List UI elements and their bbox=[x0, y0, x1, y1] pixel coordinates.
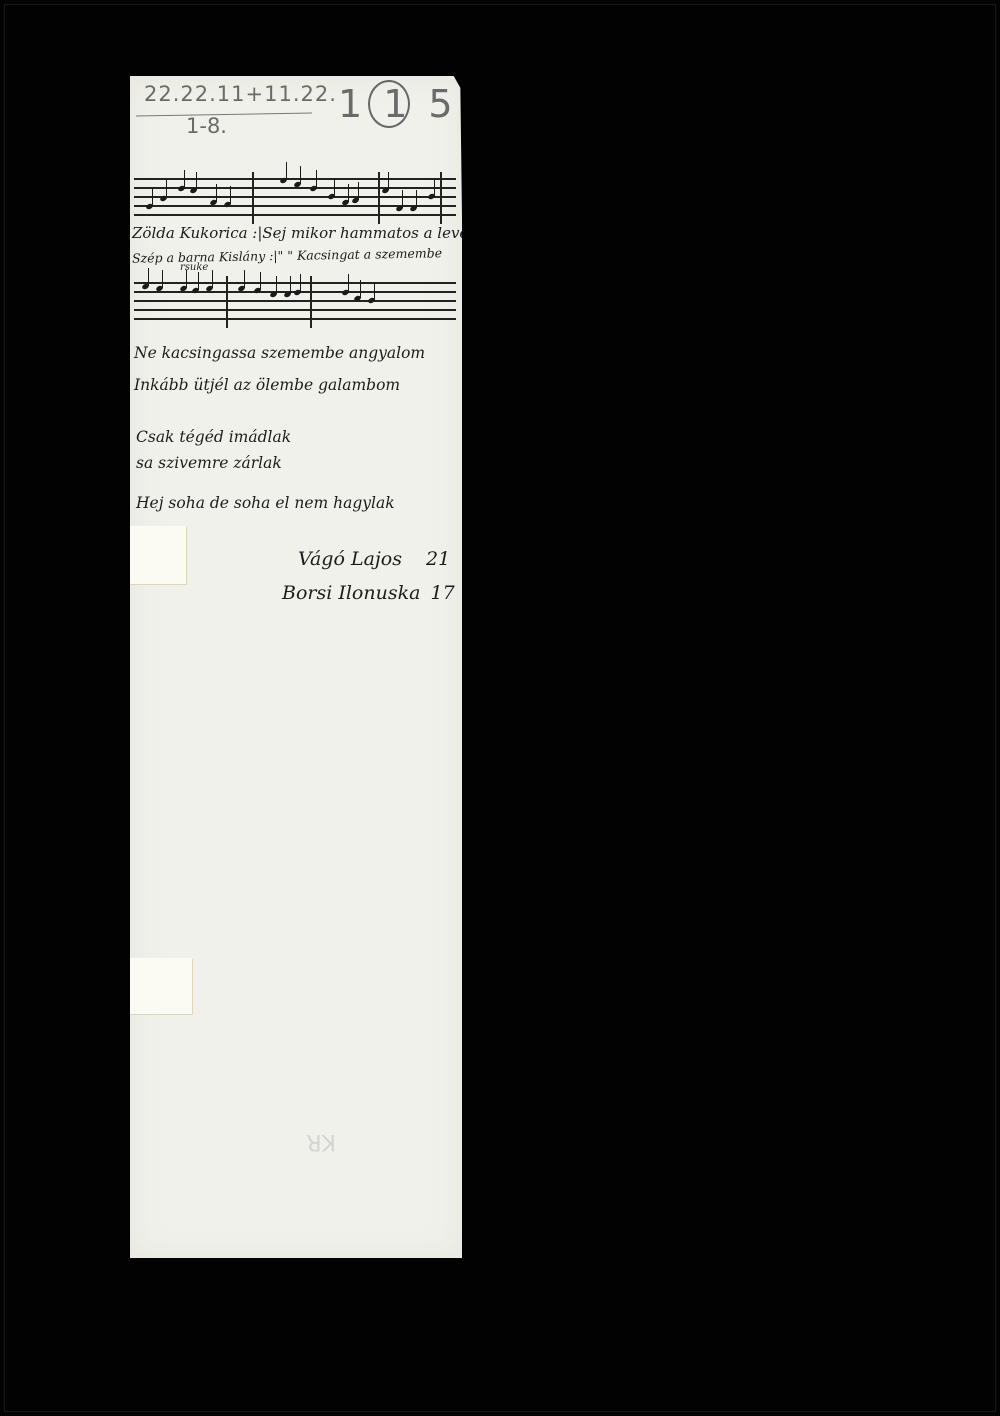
note-stem bbox=[186, 270, 187, 288]
adhesive-tape-upper bbox=[124, 526, 186, 584]
singer-2: Borsi Ilonuska 17 bbox=[282, 582, 455, 604]
lyric-line-1: Zölda Kukorica :|Sej mikor hammatos a le… bbox=[132, 224, 482, 242]
lyric-line-2: Szép a barna Kislány :|" " Kacsingat a s… bbox=[132, 245, 442, 265]
note-stem bbox=[348, 184, 349, 202]
note-stem bbox=[360, 280, 361, 298]
note-stem bbox=[230, 186, 231, 204]
verse-line-3: Csak tégéd imádlak bbox=[136, 428, 291, 446]
folio-circle-mark bbox=[368, 80, 410, 128]
bar-line bbox=[378, 172, 380, 224]
staff-line bbox=[134, 178, 456, 180]
note-stem bbox=[358, 182, 359, 200]
singer-2-name: Borsi Ilonuska bbox=[282, 582, 420, 604]
note-stem bbox=[152, 188, 153, 206]
staff-line bbox=[134, 205, 456, 207]
staff-line bbox=[134, 300, 456, 302]
note-stem bbox=[212, 270, 213, 288]
note-stem bbox=[286, 162, 287, 180]
folio-suffix: 5 bbox=[428, 82, 452, 126]
note-stem bbox=[388, 172, 389, 190]
verse-line-1: Ne kacsingassa szemembe angyalom bbox=[134, 344, 425, 362]
staff-line bbox=[134, 282, 456, 284]
bar-line bbox=[310, 276, 312, 328]
note-stem bbox=[260, 272, 261, 290]
note-stem bbox=[290, 276, 291, 294]
music-staff-2 bbox=[134, 276, 456, 324]
note-stem bbox=[316, 170, 317, 188]
note-stem bbox=[244, 270, 245, 288]
note-stem bbox=[162, 270, 163, 288]
note-stem bbox=[402, 190, 403, 208]
singer-1: Vágó Lajos 21 bbox=[298, 548, 450, 570]
note-stem bbox=[434, 178, 435, 196]
staff-line bbox=[134, 309, 456, 311]
folio-prefix: 1 bbox=[338, 82, 362, 126]
lyric-annotation: rsuke bbox=[180, 262, 208, 273]
note-stem bbox=[348, 274, 349, 292]
music-staff-1 bbox=[134, 172, 456, 222]
bar-line bbox=[252, 172, 254, 224]
note-stem bbox=[300, 274, 301, 292]
bar-line bbox=[440, 172, 442, 224]
verse-line-4: sa szivemre zárlak bbox=[136, 454, 282, 472]
note-stem bbox=[374, 282, 375, 300]
note-stem bbox=[196, 172, 197, 190]
catalog-number: 22.22.11+11.22. bbox=[144, 82, 337, 106]
singer-2-age: 17 bbox=[430, 582, 454, 604]
note-stem bbox=[276, 276, 277, 294]
adhesive-tape-lower bbox=[126, 958, 192, 1014]
manuscript-sheet: 22.22.11+11.22. 1-8. 1 1 5 Zölda Kukoric… bbox=[130, 76, 462, 1258]
note-stem bbox=[184, 170, 185, 188]
note-stem bbox=[166, 180, 167, 198]
note-stem bbox=[300, 166, 301, 184]
staff-line bbox=[134, 318, 456, 320]
verse-line-2: Inkább ütjél az ölembe galambom bbox=[134, 376, 400, 394]
catalog-range: 1-8. bbox=[186, 114, 227, 138]
singer-1-name: Vágó Lajos bbox=[298, 548, 402, 570]
archive-stamp: KR bbox=[300, 1124, 336, 1154]
note-stem bbox=[198, 272, 199, 290]
note-stem bbox=[148, 268, 149, 286]
singer-1-age: 21 bbox=[426, 548, 450, 570]
note-stem bbox=[334, 178, 335, 196]
bar-line bbox=[226, 276, 228, 328]
note-stem bbox=[416, 190, 417, 208]
staff-line bbox=[134, 196, 456, 198]
note-stem bbox=[216, 184, 217, 202]
verse-line-5: Hej soha de soha el nem hagylak bbox=[136, 494, 395, 512]
staff-line bbox=[134, 214, 456, 216]
